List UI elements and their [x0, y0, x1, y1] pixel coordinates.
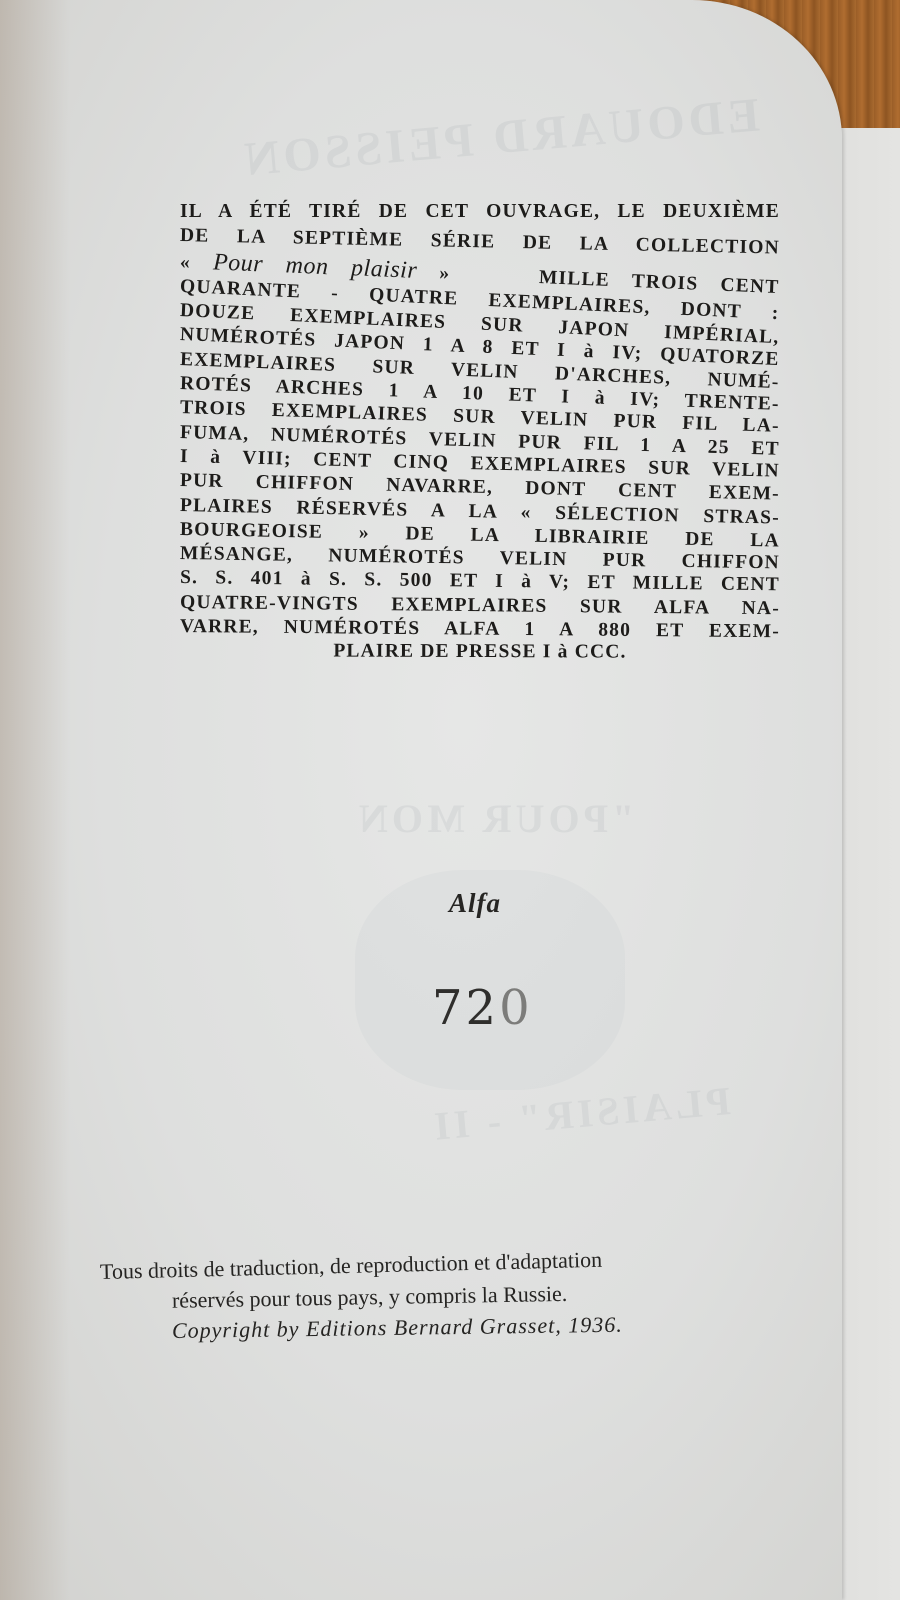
- rights-notice: Tous droits de traduction, de reproducti…: [100, 1257, 860, 1347]
- show-through-collection-top: "POUR MON: [355, 795, 634, 842]
- paper-type-label: Alfa: [449, 888, 501, 919]
- book-page: EDOUARD PEISSON "POUR MON PLAISIR" - II …: [0, 0, 842, 1600]
- notice-line: IL A ÉTÉ TIRÉ DE CET OUVRAGE, LE DEUXIÈM…: [180, 200, 780, 224]
- show-through-heading: EDOUARD PEISSON: [239, 87, 762, 187]
- copy-number: 720: [432, 980, 533, 1036]
- limitation-notice: IL A ÉTÉ TIRÉ DE CET OUVRAGE, LE DEUXIÈM…: [180, 200, 780, 664]
- notice-line: PLAIRE DE PRESSE I à CCC.: [180, 639, 780, 665]
